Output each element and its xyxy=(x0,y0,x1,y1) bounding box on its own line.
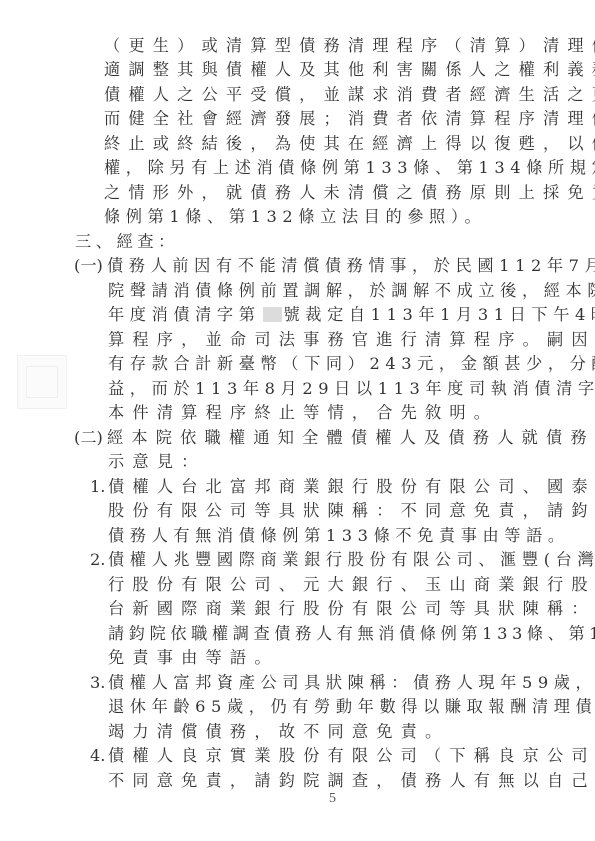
paragraph-line: 適調整其與債權人及其他利害關係人之權利義務關係，保障 xyxy=(104,60,595,80)
paragraph-line: 台新國際商業銀行股份有限公司等具狀陳稱：不同意免責， xyxy=(108,599,595,619)
paragraph-line: 債權人之公平受償，並謀求消費者經濟生活之更生機會，從 xyxy=(104,85,595,105)
paragraph-line: 示意見： xyxy=(108,452,206,472)
text-fragment: 益，而於113年8月29日以113年度司執消債清字第 xyxy=(108,379,595,398)
paragraph-line: 債權人兆豐國際商業銀行股份有限公司、滙豐(台灣)商業銀 xyxy=(108,550,595,570)
document-page: （更生）或清算型債務清理程序（清算）清理債務，藉以妥 適調整其與債權人及其他利害… xyxy=(0,0,595,841)
paragraph-line: 竭力清償債務，故不同意免責。 xyxy=(108,722,449,742)
redacted-case-number xyxy=(263,307,282,322)
paragraph-line: 行股份有限公司、元大銀行、玉山商業銀行股份有限公司、 xyxy=(108,575,595,595)
sub-item-marker: 4. xyxy=(90,746,105,766)
paragraph-line: 經本院依職權通知全體債權人及債務人就債務人免責與否表 xyxy=(107,428,595,448)
page-number: 5 xyxy=(329,791,336,807)
paragraph-line: 終止或終結後，為使其在經濟上得以復甦，以保障其生存 xyxy=(104,134,595,154)
paragraph-line: 債權人良京實業股份有限公司（下稱良京公司）具狀陳稱： xyxy=(108,746,595,766)
paragraph-line: 不同意免責，請鈞院調查，債務人有無以自己為要保人或嗣 xyxy=(108,771,595,791)
paragraph-line: 請鈞院依職權調查債務人有無消債條例第133條、第134條不 xyxy=(108,624,595,644)
paragraph-line: 債權人台北富邦商業銀行股份有限公司、國泰世華商業銀行 xyxy=(108,477,595,497)
section-heading: 三、經查： xyxy=(75,232,179,252)
paragraph-line: 股份有限公司等具狀陳稱：不同意免責，請鈞院依職權調查 xyxy=(108,501,595,521)
paragraph-line: 本件清算程序終止等情，合先敘明。 xyxy=(108,403,498,423)
paragraph-line: （更生）或清算型債務清理程序（清算）清理債務，藉以妥 xyxy=(104,36,595,56)
item-marker: (一) xyxy=(74,256,103,276)
paragraph-line: 債務人前因有不能清償債務情事，於民國112年7月7日向本 xyxy=(107,256,595,276)
paragraph-line: 院聲請消債條例前置調解，於調解不成立後，經本院以113 xyxy=(108,281,595,301)
paragraph-line: 有存款合計新臺幣（下同）243元，金額甚少，分配並無實 xyxy=(108,354,595,374)
paragraph-line: 免責事由等語。 xyxy=(108,648,279,668)
paragraph-line: 年度消債清字第號裁定自113年1月31日下午4時起開始清 xyxy=(108,305,595,325)
sub-item-marker: 1. xyxy=(90,477,105,497)
text-fragment: 年度消債清字第 xyxy=(108,305,261,324)
paragraph-line: 之情形外，就債務人未清償之債務原則上採免責主義（消債 xyxy=(104,183,595,203)
sub-item-marker: 2. xyxy=(90,550,105,570)
paragraph-line: 算程序，並命司法事務官進行清算程序。嗣因債務人名下僅 xyxy=(108,330,595,350)
paragraph-line: 債權人富邦資產公司具狀陳稱：債務人現年59歲，未達強制 xyxy=(108,673,595,693)
seal-stamp-image xyxy=(17,355,67,409)
paragraph-line: 條例第1條、第132條立法目的參照）。 xyxy=(104,207,486,227)
sub-item-marker: 3. xyxy=(90,673,105,693)
paragraph-line: 退休年齡65歲，仍有勞動年數得以賺取報酬清理債務，自當 xyxy=(108,697,595,717)
paragraph-line: 權，除另有上述消債條例第133條、第134條所規定不予免責 xyxy=(104,158,595,178)
paragraph-line: 益，而於113年8月29日以113年度司執消債清字第號裁定 xyxy=(108,379,595,399)
paragraph-line: 而健全社會經濟發展；消費者依清算程序清理債務，於程序 xyxy=(104,109,595,129)
text-fragment: 號裁定自113年1月31日下午4時起開始清 xyxy=(284,305,595,324)
item-marker: (二) xyxy=(74,428,103,448)
paragraph-line: 債務人有無消債條例第133條不免責事由等語。 xyxy=(108,526,570,546)
